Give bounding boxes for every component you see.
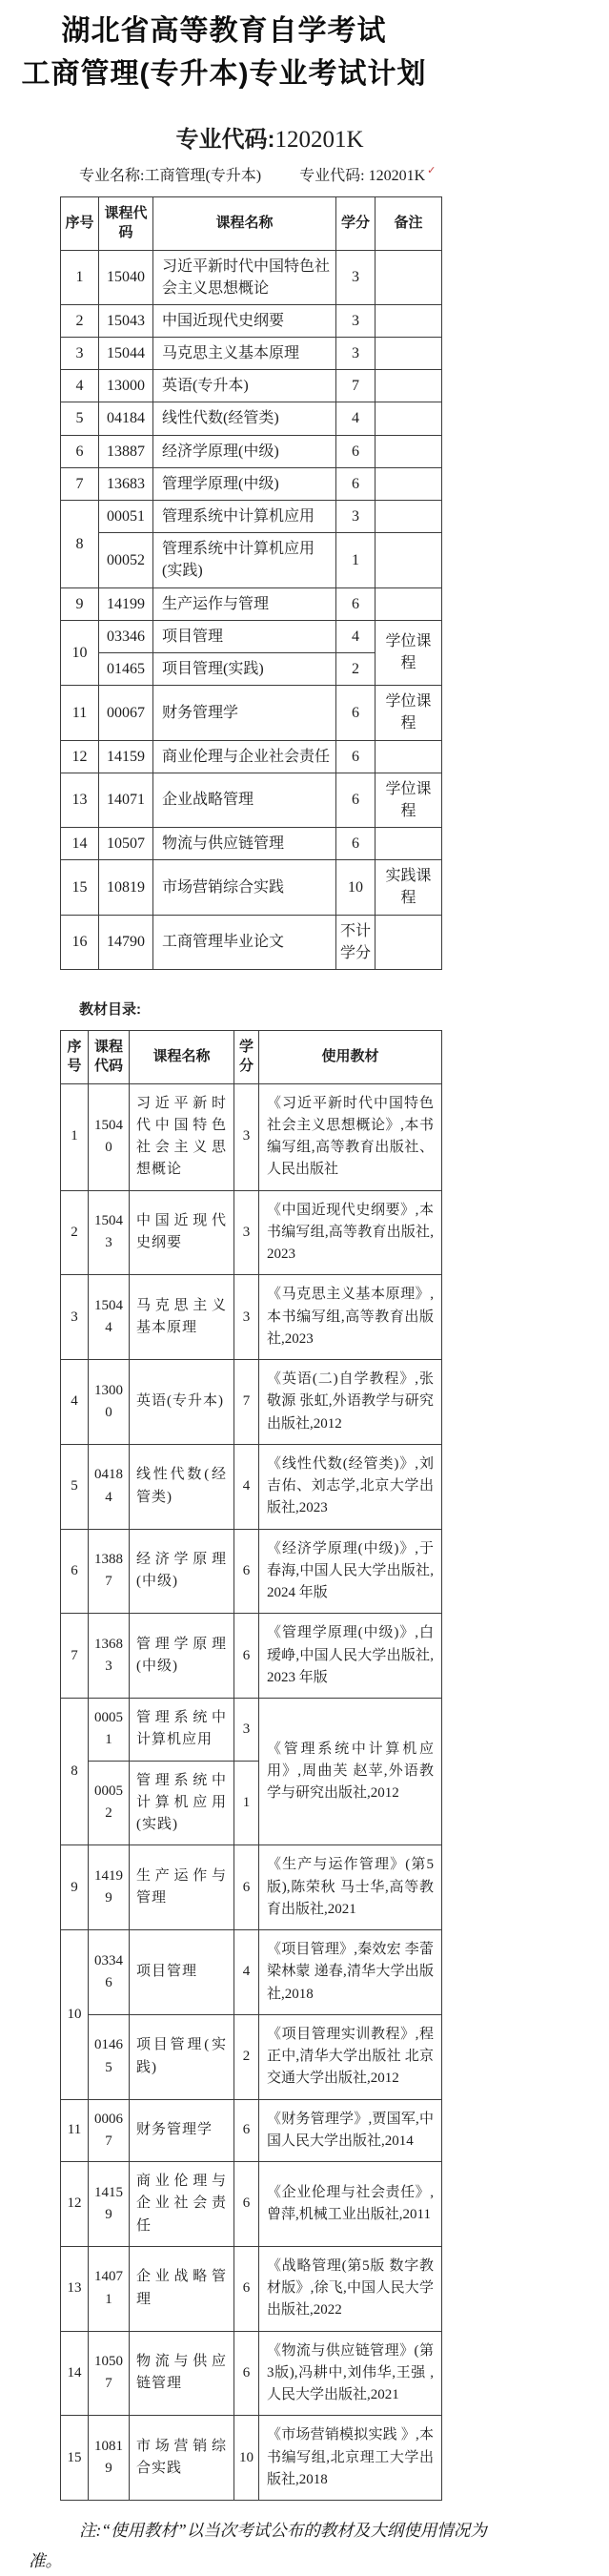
cell-textbook: 《生产与运作管理》(第5版),陈荣秋 马士华,高等教育出版社,2021 [259,1845,442,1930]
cell-no: 11 [61,686,99,740]
cell-code: 14199 [99,587,153,620]
cell-name: 工商管理毕业论文 [153,915,336,969]
major-name-value: 工商管理(专升本) [144,168,261,184]
cell-note: 学位课程 [376,620,442,685]
title-line-2: 工商管理(专升本)专业考试计划 [0,52,448,95]
cell-name: 生产运作与管理 [153,587,336,620]
cell-credit: 3 [234,1190,259,1275]
cell-name: 经济学原理(中级) [130,1529,234,1614]
table-row: 1100067财务管理学6《财务管理学》,贾国军,中国人民大学出版社,2014 [61,2099,442,2162]
cell-textbook: 《企业伦理与社会责任》,曾萍,机械工业出版社,2011 [259,2162,442,2247]
major-name-label: 专业名称: [79,168,144,184]
cell-no: 12 [61,740,99,773]
table-row: 1003346项目管理4学位课程 [61,620,442,652]
cell-credit: 4 [336,620,376,652]
cell-credit: 6 [234,1614,259,1699]
plan-header-note: 备注 [376,197,442,251]
cell-name: 项目管理 [153,620,336,652]
cell-note [376,740,442,773]
table-row: 215043中国近现代史纲要3 [61,304,442,337]
cell-note [376,587,442,620]
cell-no: 2 [61,304,99,337]
cell-textbook: 《物流与供应链管理》(第3版),冯耕中,刘伟华,王强 ,人民大学出版社,2021 [259,2331,442,2416]
cell-code: 10819 [89,2416,130,2501]
cell-code: 00067 [89,2099,130,2162]
table-row: 504184线性代数(经管类)4《线性代数(经管类)》,刘吉佑、刘志学,北京大学… [61,1444,442,1529]
table-row: 914199生产运作与管理6 [61,587,442,620]
cell-note [376,915,442,969]
cell-note [376,435,442,467]
cell-note: 实践课程 [376,860,442,915]
cell-note [376,304,442,337]
cell-textbook: 《项目管理实训教程》,程正中,清华大学出版社 北京交通大学出版社,2012 [259,2014,442,2099]
cell-code: 14199 [89,1845,130,1930]
plan-header-credit: 学分 [336,197,376,251]
cell-note [376,533,442,587]
cell-code: 03346 [99,620,153,652]
cell-name: 英语(专升本) [153,370,336,402]
cell-code: 14071 [99,773,153,827]
cell-textbook: 《管理学原理(中级)》,白瑷峥,中国人民大学出版社,2023 年版 [259,1614,442,1699]
cell-credit: 4 [234,1930,259,2015]
cell-note [376,828,442,860]
cell-no: 2 [61,1190,89,1275]
major-code-heading-label: 专业代码: [175,127,274,153]
cell-code: 13000 [99,370,153,402]
cell-code: 13887 [89,1529,130,1614]
cell-code: 00051 [99,501,153,533]
cell-name: 物流与供应链管理 [130,2331,234,2416]
exam-plan-table: 序号 课程代码 课程名称 学分 备注 115040习近平新时代中国特色社会主义思… [60,196,442,970]
books-header-code: 课程代码 [89,1031,130,1084]
cell-no: 7 [61,467,99,500]
cell-note [376,467,442,500]
cell-code: 15043 [99,304,153,337]
table-row: 1214159商业伦理与企业社会责任6 [61,740,442,773]
cell-code: 15043 [89,1190,130,1275]
cell-name: 中国近现代史纲要 [130,1190,234,1275]
cell-no: 10 [61,620,99,685]
cell-credit: 6 [336,435,376,467]
cell-no: 13 [61,2246,89,2331]
cell-credit: 10 [234,2416,259,2501]
cell-name: 习近平新时代中国特色社会主义思想概论 [130,1083,234,1190]
cell-code: 00052 [89,1761,130,1845]
table-row: 413000英语(专升本)7《英语(二)自学教程》,张敬源 张虹,外语教学与研究… [61,1360,442,1445]
cell-name: 习近平新时代中国特色社会主义思想概论 [153,250,336,304]
table-row: 01465项目管理(实践)2《项目管理实训教程》,程正中,清华大学出版社 北京交… [61,2014,442,2099]
cell-credit: 6 [234,2246,259,2331]
table-row: 115040习近平新时代中国特色社会主义思想概论3《习近平新时代中国特色社会主义… [61,1083,442,1190]
cell-name: 市场营销综合实践 [153,860,336,915]
cell-name: 经济学原理(中级) [153,435,336,467]
cell-no: 11 [61,2099,89,2162]
cell-credit: 3 [336,250,376,304]
table-row: 1100067财务管理学6学位课程 [61,686,442,740]
cell-code: 14159 [89,2162,130,2247]
table-row: 1003346项目管理4《项目管理》,秦效宏 李蕾 梁林蒙 递春,清华大学出版社… [61,1930,442,2015]
textbook-table: 序号 课程代码 课程名称 学分 使用教材 115040习近平新时代中国特色社会主… [60,1030,442,2501]
cell-credit: 1 [234,1761,259,1845]
cell-no: 8 [61,501,99,588]
cell-note [376,370,442,402]
cell-name: 马克思主义基本原理 [130,1275,234,1360]
cell-name: 中国近现代史纲要 [153,304,336,337]
cell-credit: 3 [234,1699,259,1762]
cell-textbook: 《马克思主义基本原理》,本书编写组,高等教育出版社,2023 [259,1275,442,1360]
table-row: 613887经济学原理(中级)6 [61,435,442,467]
table-row: 215043中国近现代史纲要3《中国近现代史纲要》,本书编写组,高等教育出版社,… [61,1190,442,1275]
cell-no: 4 [61,370,99,402]
cell-code: 14071 [89,2246,130,2331]
cell-no: 6 [61,1529,89,1614]
plan-header-row: 序号 课程代码 课程名称 学分 备注 [61,197,442,251]
cell-name: 生产运作与管理 [130,1845,234,1930]
table-row: 914199生产运作与管理6《生产与运作管理》(第5版),陈荣秋 马士华,高等教… [61,1845,442,1930]
cell-textbook: 《中国近现代史纲要》,本书编写组,高等教育出版社,2023 [259,1190,442,1275]
cell-code: 13000 [89,1360,130,1445]
cell-name: 管理系统中计算机应用(实践) [130,1761,234,1845]
cell-no: 15 [61,2416,89,2501]
cell-name: 项目管理 [130,1930,234,2015]
cell-no: 3 [61,338,99,370]
cell-code: 04184 [89,1444,130,1529]
table-row: 800051管理系统中计算机应用3 [61,501,442,533]
cell-credit: 6 [336,828,376,860]
cell-name: 项目管理(实践) [153,652,336,685]
table-row: 315044马克思主义基本原理3 [61,338,442,370]
cell-name: 企业战略管理 [130,2246,234,2331]
cell-code: 10819 [99,860,153,915]
cell-note [376,250,442,304]
table-row: 1410507物流与供应链管理6 [61,828,442,860]
cell-credit: 6 [336,740,376,773]
cell-code: 14790 [99,915,153,969]
cell-code: 01465 [89,2014,130,2099]
cell-code: 10507 [89,2331,130,2416]
cell-credit: 6 [336,686,376,740]
table-row: 1614790工商管理毕业论文不计学分 [61,915,442,969]
cell-code: 13887 [99,435,153,467]
cell-no: 14 [61,828,99,860]
cell-textbook: 《战略管理(第5版 数字教材版》,徐飞,中国人民大学出版社,2022 [259,2246,442,2331]
table-row: 413000英语(专升本)7 [61,370,442,402]
cell-textbook: 《财务管理学》,贾国军,中国人民大学出版社,2014 [259,2099,442,2162]
title-line-1: 湖北省高等教育自学考试 [0,10,448,52]
cell-note [376,402,442,435]
cell-code: 00052 [99,533,153,587]
cell-credit: 7 [336,370,376,402]
cell-no: 15 [61,860,99,915]
table-row: 800051管理系统中计算机应用3《管理系统中计算机应用》,周曲芙 赵苹,外语教… [61,1699,442,1762]
cell-note: 学位课程 [376,773,442,827]
cell-name: 项目管理(实践) [130,2014,234,2099]
cell-credit: 2 [234,2014,259,2099]
table-row: 1214159商业伦理与企业社会责任6《企业伦理与社会责任》,曾萍,机械工业出版… [61,2162,442,2247]
cell-no: 14 [61,2331,89,2416]
table-row: 713683管理学原理(中级)6 [61,467,442,500]
cell-code: 10507 [99,828,153,860]
cell-name: 管理系统中计算机应用(实践) [153,533,336,587]
cell-name: 企业战略管理 [153,773,336,827]
cell-textbook: 《市场营销模拟实践 》,本书编写组,北京理工大学出版社,2018 [259,2416,442,2501]
cell-credit: 4 [336,402,376,435]
cell-no: 9 [61,587,99,620]
table-row: 1314071企业战略管理6《战略管理(第5版 数字教材版》,徐飞,中国人民大学… [61,2246,442,2331]
cell-credit: 3 [336,338,376,370]
cell-credit: 6 [234,1845,259,1930]
cell-name: 物流与供应链管理 [153,828,336,860]
table-row: 1510819市场营销综合实践10《市场营销模拟实践 》,本书编写组,北京理工大… [61,2416,442,2501]
cell-textbook: 《经济学原理(中级)》,于春海,中国人民大学出版社,2024 年版 [259,1529,442,1614]
cell-no: 7 [61,1614,89,1699]
cell-credit: 6 [234,2099,259,2162]
cell-no: 1 [61,1083,89,1190]
cell-no: 13 [61,773,99,827]
cell-no: 8 [61,1699,89,1845]
table-row: 115040习近平新时代中国特色社会主义思想概论3 [61,250,442,304]
cell-name: 管理学原理(中级) [153,467,336,500]
plan-header-no: 序号 [61,197,99,251]
table-row: 315044马克思主义基本原理3《马克思主义基本原理》,本书编写组,高等教育出版… [61,1275,442,1360]
cell-name: 线性代数(经管类) [130,1444,234,1529]
books-header-row: 序号 课程代码 课程名称 学分 使用教材 [61,1031,442,1084]
cell-code: 13683 [89,1614,130,1699]
cell-name: 财务管理学 [153,686,336,740]
cell-code: 13683 [99,467,153,500]
cell-credit: 3 [336,501,376,533]
cell-no: 10 [61,1930,89,2100]
cell-code: 01465 [99,652,153,685]
major-code-heading-value: 120201K [274,127,363,153]
books-header-name: 课程名称 [130,1031,234,1084]
cell-credit: 6 [234,1529,259,1614]
red-proofread-tick-icon: ✓ [427,164,436,176]
cell-no: 5 [61,402,99,435]
table-row: 1410507物流与供应链管理6《物流与供应链管理》(第3版),冯耕中,刘伟华,… [61,2331,442,2416]
cell-credit: 1 [336,533,376,587]
cell-textbook: 《项目管理》,秦效宏 李蕾 梁林蒙 递春,清华大学出版社,2018 [259,1930,442,2015]
cell-credit: 6 [336,773,376,827]
cell-code: 15040 [99,250,153,304]
plan-header-code: 课程代码 [99,197,153,251]
major-code-heading: 专业代码:120201K [0,120,448,154]
cell-name: 线性代数(经管类) [153,402,336,435]
cell-credit: 2 [336,652,376,685]
books-header-credit: 学分 [234,1031,259,1084]
table-row: 504184线性代数(经管类)4 [61,402,442,435]
cell-textbook: 《线性代数(经管类)》,刘吉佑、刘志学,北京大学出版社,2023 [259,1444,442,1529]
cell-credit: 3 [336,304,376,337]
cell-no: 12 [61,2162,89,2247]
major-code-value: 120201K [369,168,426,184]
table-row: 613887经济学原理(中级)6《经济学原理(中级)》,于春海,中国人民大学出版… [61,1529,442,1614]
major-meta-line: 专业名称:工商管理(专升本)专业代码: 120201K✓ [0,163,609,185]
cell-name: 市场营销综合实践 [130,2416,234,2501]
cell-textbook: 《英语(二)自学教程》,张敬源 张虹,外语教学与研究出版社,2012 [259,1360,442,1445]
cell-name: 管理系统中计算机应用 [153,501,336,533]
cell-no: 4 [61,1360,89,1445]
cell-name: 英语(专升本) [130,1360,234,1445]
cell-code: 00051 [89,1699,130,1762]
cell-credit: 6 [234,2162,259,2247]
cell-code: 00067 [99,686,153,740]
cell-credit: 3 [234,1275,259,1360]
table-row: 00052管理系统中计算机应用(实践)1 [61,533,442,587]
cell-note [376,501,442,533]
cell-code: 15044 [89,1275,130,1360]
cell-note: 学位课程 [376,686,442,740]
cell-credit: 6 [336,587,376,620]
cell-no: 16 [61,915,99,969]
cell-code: 03346 [89,1930,130,2015]
cell-note [376,338,442,370]
cell-credit: 3 [234,1083,259,1190]
document-page: 湖北省高等教育自学考试 工商管理(专升本)专业考试计划 专业代码:120201K… [0,0,609,2576]
usage-footnote: 注:“使用教材”以当次考试公布的教材及大纲使用情况为准。 [29,2516,517,2576]
cell-credit: 不计学分 [336,915,376,969]
cell-code: 15040 [89,1083,130,1190]
cell-code: 14159 [99,740,153,773]
books-header-book: 使用教材 [259,1031,442,1084]
cell-code: 15044 [99,338,153,370]
cell-name: 管理系统中计算机应用 [130,1699,234,1762]
plan-header-name: 课程名称 [153,197,336,251]
cell-no: 9 [61,1845,89,1930]
cell-name: 商业伦理与企业社会责任 [130,2162,234,2247]
table-row: 713683管理学原理(中级)6《管理学原理(中级)》,白瑷峥,中国人民大学出版… [61,1614,442,1699]
table-row: 1314071企业战略管理6学位课程 [61,773,442,827]
books-header-no: 序号 [61,1031,89,1084]
cell-no: 1 [61,250,99,304]
cell-no: 6 [61,435,99,467]
cell-name: 财务管理学 [130,2099,234,2162]
cell-credit: 4 [234,1444,259,1529]
table-row: 1510819市场营销综合实践10实践课程 [61,860,442,915]
textbook-section-label: 教材目录: [79,999,609,1019]
cell-name: 管理学原理(中级) [130,1614,234,1699]
cell-name: 商业伦理与企业社会责任 [153,740,336,773]
cell-textbook: 《管理系统中计算机应用》,周曲芙 赵苹,外语教学与研究出版社,2012 [259,1699,442,1845]
cell-no: 5 [61,1444,89,1529]
document-title: 湖北省高等教育自学考试 工商管理(专升本)专业考试计划 [0,0,448,95]
cell-credit: 7 [234,1360,259,1445]
cell-textbook: 《习近平新时代中国特色社会主义思想概论》,本书编写组,高等教育出版社、人民出版社 [259,1083,442,1190]
cell-no: 3 [61,1275,89,1360]
cell-credit: 10 [336,860,376,915]
major-code-label: 专业代码: [299,168,364,184]
cell-credit: 6 [234,2331,259,2416]
cell-name: 马克思主义基本原理 [153,338,336,370]
cell-code: 04184 [99,402,153,435]
cell-credit: 6 [336,467,376,500]
